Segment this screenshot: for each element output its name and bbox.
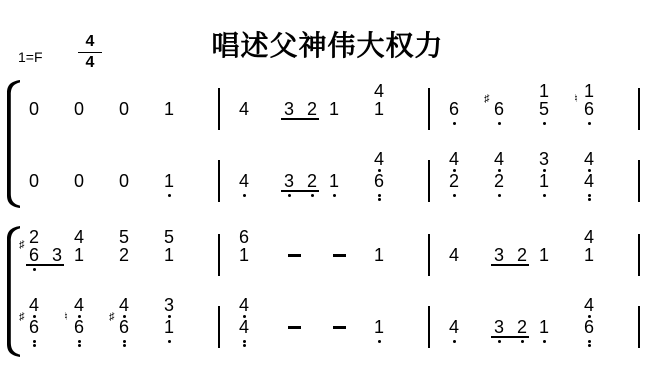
note: 1 (538, 224, 550, 286)
note-main: 1 (328, 172, 340, 190)
note: 31 (538, 150, 550, 212)
octave-dot (123, 344, 126, 347)
note-group: 1 (159, 150, 204, 212)
note-group: 0 (69, 150, 114, 212)
chord-upper: 4 (73, 229, 85, 246)
chord-upper: 3 (538, 151, 550, 172)
octave-dot (243, 344, 246, 347)
barline (638, 88, 640, 130)
note: 1 (373, 296, 385, 358)
note: 4 (238, 78, 250, 140)
chord-upper: 4 (238, 297, 250, 318)
system-bracket (5, 80, 21, 208)
barline (638, 160, 640, 202)
octave-dot (543, 122, 546, 125)
octave-dot (311, 194, 314, 197)
note-group: 4♯6 (24, 296, 69, 358)
note-digit: 3 (52, 245, 62, 265)
note-main: 0 (28, 172, 40, 190)
octave-dot (588, 122, 591, 125)
note-group: 41 (579, 224, 624, 286)
barline-cell (204, 224, 234, 286)
note-main: 4 (238, 318, 250, 336)
note: 1 (328, 78, 340, 140)
note-main: ♯6 (28, 246, 40, 264)
beat: 1 (159, 78, 204, 140)
note: 46 (583, 296, 595, 358)
eighth-beam (491, 336, 529, 338)
note-main: ♯6 (28, 318, 40, 336)
barline (428, 234, 430, 276)
note-main: 0 (118, 172, 130, 190)
note-main: 1 (163, 100, 175, 118)
note-group: 1 (369, 224, 414, 286)
note: 1 (163, 78, 175, 140)
time-signature-numerator: 4 (78, 32, 102, 53)
note-group: 1♮6 (579, 78, 624, 140)
chord-upper-digit: 4 (374, 151, 384, 168)
octave-dot (453, 194, 456, 197)
beat: 32 (489, 296, 534, 358)
note-digit: 2 (494, 171, 504, 191)
octave-dots (448, 340, 460, 343)
octave-dot (378, 194, 381, 197)
note: 61 (238, 224, 250, 286)
note: 3 (493, 224, 505, 286)
note-group (324, 296, 369, 358)
note-main: 6 (583, 318, 595, 336)
octave-dots (238, 194, 250, 197)
chord-upper-digit: 6 (239, 229, 249, 246)
beat: 51 (159, 224, 204, 286)
beat: 44 (579, 150, 624, 212)
accidental: ♯ (19, 240, 25, 251)
chord-upper-digit: 4 (449, 151, 459, 168)
octave-dots (373, 194, 385, 202)
note: 4♮6 (73, 296, 85, 358)
note-main: 2 (448, 172, 460, 190)
note-main: 2 (306, 100, 318, 118)
note-digit: 1 (584, 245, 594, 265)
note-group: 15 (534, 78, 579, 140)
note-group: 41 (69, 224, 114, 286)
note-main: 0 (73, 100, 85, 118)
octave-dot (588, 198, 591, 201)
note: 44 (238, 296, 250, 358)
note-group: 1 (324, 150, 369, 212)
note-digit: 1 (374, 317, 384, 337)
beat: 41 (69, 224, 114, 286)
note-group: 6 (444, 78, 489, 140)
note: 1 (163, 150, 175, 212)
note-main: 2 (306, 172, 318, 190)
chord-upper: 4 (583, 151, 595, 172)
octave-dot (123, 340, 126, 343)
octave-dot (33, 344, 36, 347)
beat: 4♯6 (114, 296, 159, 358)
chord-upper-digit: 4 (239, 297, 249, 314)
note-group: 42 (489, 150, 534, 212)
note: 0 (118, 150, 130, 212)
octave-dots (493, 122, 505, 125)
note-main: 1 (373, 318, 385, 336)
note-group: 44 (234, 296, 279, 358)
note: 2 (306, 78, 318, 140)
note-main: 1 (328, 100, 340, 118)
note-main: 1 (73, 246, 85, 264)
octave-dot (33, 268, 36, 271)
beat: 0 (114, 78, 159, 140)
score-page: 唱述父神伟大权力 1=F 4 4 00014321416♯6151♮6 0001… (0, 0, 655, 370)
note-main: ♮6 (73, 318, 85, 336)
accidental: ♯ (19, 312, 25, 323)
chord-upper: 4 (118, 297, 130, 318)
note-group: 31 (534, 150, 579, 212)
beat: 1 (534, 296, 579, 358)
staff-line: 4♯64♮64♯631441432146 (24, 296, 654, 358)
note-digit: 6 (449, 99, 459, 119)
octave-dots (306, 194, 318, 197)
note-digit: 1 (164, 317, 174, 337)
note-digit: 2 (307, 99, 317, 119)
barline-cell (414, 150, 444, 212)
note: 3 (283, 150, 295, 212)
barline (218, 306, 220, 348)
note-main: 1 (538, 318, 550, 336)
chord-upper-digit: 4 (74, 297, 84, 314)
note-digit: 3 (284, 99, 294, 119)
chord-upper-digit: 4 (584, 297, 594, 314)
note: 52 (118, 224, 130, 286)
eighth-beam (281, 118, 319, 120)
note-main: 1 (373, 100, 385, 118)
note-main: 6 (448, 100, 460, 118)
octave-dot (333, 194, 336, 197)
octave-dots (163, 194, 175, 197)
note-main: 2 (493, 172, 505, 190)
barline (218, 88, 220, 130)
note-main: 1 (538, 246, 550, 264)
note-digit: 2 (307, 171, 317, 191)
barline (428, 88, 430, 130)
octave-dot (288, 194, 291, 197)
chord-upper: 4 (583, 297, 595, 318)
note-main: 4 (238, 172, 250, 190)
note-digit: 1 (539, 317, 549, 337)
octave-dots (28, 340, 40, 348)
note-group: 1 (534, 224, 579, 286)
note: 51 (163, 224, 175, 286)
note-main: 1 (163, 246, 175, 264)
note: 0 (118, 78, 130, 140)
note-digit: 4 (239, 99, 249, 119)
octave-dots (538, 122, 550, 125)
chord-upper-digit: 4 (374, 83, 384, 100)
note-group: 0 (24, 78, 69, 140)
note: 42 (448, 150, 460, 212)
note (328, 296, 340, 358)
note-group (279, 296, 324, 358)
chord-upper: 4 (448, 151, 460, 172)
note-digit: 2 (517, 245, 527, 265)
note-main: 4 (448, 246, 460, 264)
note-main: 3 (493, 318, 505, 336)
octave-dots (328, 194, 340, 197)
time-signature: 4 4 (78, 32, 102, 73)
barline-cell (414, 78, 444, 140)
note: 31 (163, 296, 175, 358)
chord-upper-digit: 5 (164, 229, 174, 246)
note-group: 32 (489, 296, 534, 358)
chord-upper: 5 (163, 229, 175, 246)
note: 0 (73, 78, 85, 140)
chord-upper-digit: 3 (539, 151, 549, 168)
note-main: 3 (283, 100, 295, 118)
octave-dots (118, 340, 130, 348)
note: 1 (538, 296, 550, 358)
note: 42 (493, 150, 505, 212)
chord-upper-digit: 2 (29, 229, 39, 246)
dash-rest (333, 254, 346, 257)
octave-dot (453, 340, 456, 343)
note-group: 1 (369, 296, 414, 358)
beat: 0 (114, 150, 159, 212)
beat (279, 296, 324, 358)
barline (218, 234, 220, 276)
note-digit: 6 (584, 99, 594, 119)
eighth-beam (26, 264, 64, 266)
note-digit: 6 (119, 317, 129, 337)
note: 1♮6 (583, 78, 595, 140)
note-main: 2 (516, 318, 528, 336)
note-digit: 0 (119, 171, 129, 191)
beat (279, 224, 324, 286)
beat: 1 (369, 296, 414, 358)
note: ♯6 (493, 78, 505, 140)
note: 4♯6 (118, 296, 130, 358)
note-group: 4 (234, 78, 279, 140)
key-signature: 1=F (18, 49, 43, 65)
note-group: 52 (114, 224, 159, 286)
note-digit: 0 (74, 171, 84, 191)
note-group (324, 224, 369, 286)
note-group: 4 (444, 224, 489, 286)
beat: 0 (69, 150, 114, 212)
chord-upper-digit: 3 (164, 297, 174, 314)
eighth-beam (491, 264, 529, 266)
chord-upper-digit: 4 (29, 297, 39, 314)
chord-upper-digit: 4 (584, 229, 594, 246)
note: 46 (373, 150, 385, 212)
note: 4 (448, 296, 460, 358)
barline (218, 160, 220, 202)
beat: 41 (579, 224, 624, 286)
note-group: 1 (159, 78, 204, 140)
beat: 31 (159, 296, 204, 358)
note-main: 0 (118, 100, 130, 118)
octave-dot (378, 340, 381, 343)
chord-upper-digit: 4 (74, 229, 84, 246)
octave-dots (283, 194, 295, 197)
beat: 1 (324, 150, 369, 212)
octave-dots (538, 194, 550, 197)
beat: 32 (279, 150, 324, 212)
octave-dots (238, 340, 250, 348)
note-digit: 4 (449, 317, 459, 337)
octave-dot (33, 340, 36, 343)
dash-rest (288, 326, 301, 329)
note: 15 (538, 78, 550, 140)
barline (638, 306, 640, 348)
chord-upper: 4 (583, 229, 595, 246)
note-group: 51 (159, 224, 204, 286)
beat: 46 (369, 150, 414, 212)
beat: 15 (534, 78, 579, 140)
note-main: 4 (238, 100, 250, 118)
note-digit: 4 (449, 245, 459, 265)
note-group: 4 (444, 296, 489, 358)
chord-upper-digit: 4 (119, 297, 129, 314)
note: 41 (373, 78, 385, 140)
beat: 0 (24, 78, 69, 140)
octave-dots (583, 340, 595, 348)
note-digit: 1 (374, 99, 384, 119)
note-group: 32 (279, 78, 324, 140)
note: 0 (73, 150, 85, 212)
note-group: 0 (114, 150, 159, 212)
octave-dots (373, 340, 385, 343)
note-digit: 2 (119, 245, 129, 265)
octave-dots (516, 340, 528, 343)
note: 41 (583, 224, 595, 286)
time-signature-denominator: 4 (78, 53, 102, 73)
octave-dot (78, 344, 81, 347)
barline-cell (624, 150, 654, 212)
accidental: ♯ (109, 312, 115, 323)
note-group: 42 (444, 150, 489, 212)
note-main: 3 (493, 246, 505, 264)
note-group: 61 (234, 224, 279, 286)
octave-dot (543, 194, 546, 197)
barline-cell (414, 224, 444, 286)
barline-cell (414, 296, 444, 358)
octave-dots (28, 268, 40, 271)
chord-upper: 4 (373, 151, 385, 172)
beat (324, 224, 369, 286)
chord-upper-digit: 5 (119, 229, 129, 246)
note: 6 (448, 78, 460, 140)
beat: 1♮6 (579, 78, 624, 140)
note-digit: 1 (539, 245, 549, 265)
note: 4 (448, 224, 460, 286)
note-group: 4♮6 (69, 296, 114, 358)
note-digit: 1 (329, 99, 339, 119)
note-main: ♯6 (493, 100, 505, 118)
note: 4♯6 (28, 296, 40, 358)
chord-upper: 4 (28, 297, 40, 318)
chord-upper: 1 (583, 83, 595, 100)
note-main: 6 (373, 172, 385, 190)
beat: 1 (369, 224, 414, 286)
note: 1 (373, 224, 385, 286)
note-digit: 6 (74, 317, 84, 337)
beat: 4♯6 (24, 296, 69, 358)
barline-cell (204, 150, 234, 212)
note-group: 1 (324, 78, 369, 140)
note-group: 44 (579, 150, 624, 212)
note-group: 46 (579, 296, 624, 358)
beat: 1 (534, 224, 579, 286)
beat: 0 (69, 78, 114, 140)
note-digit: 0 (29, 171, 39, 191)
octave-dot (168, 340, 171, 343)
note-group: 2♯63 (24, 224, 69, 286)
chord-upper-digit: 1 (539, 83, 549, 100)
note-digit: 1 (164, 99, 174, 119)
barline (428, 306, 430, 348)
beat: 52 (114, 224, 159, 286)
note-group (279, 224, 324, 286)
note-group: 0 (24, 150, 69, 212)
octave-dot (521, 340, 524, 343)
chord-upper: 4 (373, 83, 385, 100)
beat: 61 (234, 224, 279, 286)
barline-cell (204, 78, 234, 140)
octave-dots (583, 194, 595, 202)
note-main: 4 (583, 172, 595, 190)
note-group: 31 (159, 296, 204, 358)
octave-dots (163, 340, 175, 343)
barline-cell (624, 78, 654, 140)
note-digit: 6 (494, 99, 504, 119)
octave-dot (588, 344, 591, 347)
note-main: 5 (538, 100, 550, 118)
note-digit: 4 (239, 171, 249, 191)
note-digit: 1 (74, 245, 84, 265)
barline-cell (624, 296, 654, 358)
beat: 42 (489, 150, 534, 212)
octave-dots (448, 194, 460, 197)
barline (638, 234, 640, 276)
barline-cell (624, 224, 654, 286)
octave-dot (168, 194, 171, 197)
accidental: ♮ (574, 94, 578, 105)
octave-dots (538, 340, 550, 343)
barline (428, 160, 430, 202)
note-main: ♮6 (583, 100, 595, 118)
octave-dot (498, 194, 501, 197)
note-group: 32 (489, 224, 534, 286)
note-digit: 3 (284, 171, 294, 191)
chord-upper-digit: 4 (494, 151, 504, 168)
octave-dot (498, 122, 501, 125)
note (283, 296, 295, 358)
note-digit: 1 (539, 171, 549, 191)
beat: 6 (444, 78, 489, 140)
note: 4 (238, 150, 250, 212)
chord-upper: 1 (538, 83, 550, 100)
note: 1 (328, 150, 340, 212)
note: 2 (516, 224, 528, 286)
note: 0 (28, 150, 40, 212)
chord-upper: 6 (238, 229, 250, 246)
chord-upper: 5 (118, 229, 130, 246)
note-main: 3 (51, 246, 63, 264)
beat: ♯6 (489, 78, 534, 140)
beat: 41 (369, 78, 414, 140)
note-main: ♯6 (118, 318, 130, 336)
note-group: 4♯6 (114, 296, 159, 358)
